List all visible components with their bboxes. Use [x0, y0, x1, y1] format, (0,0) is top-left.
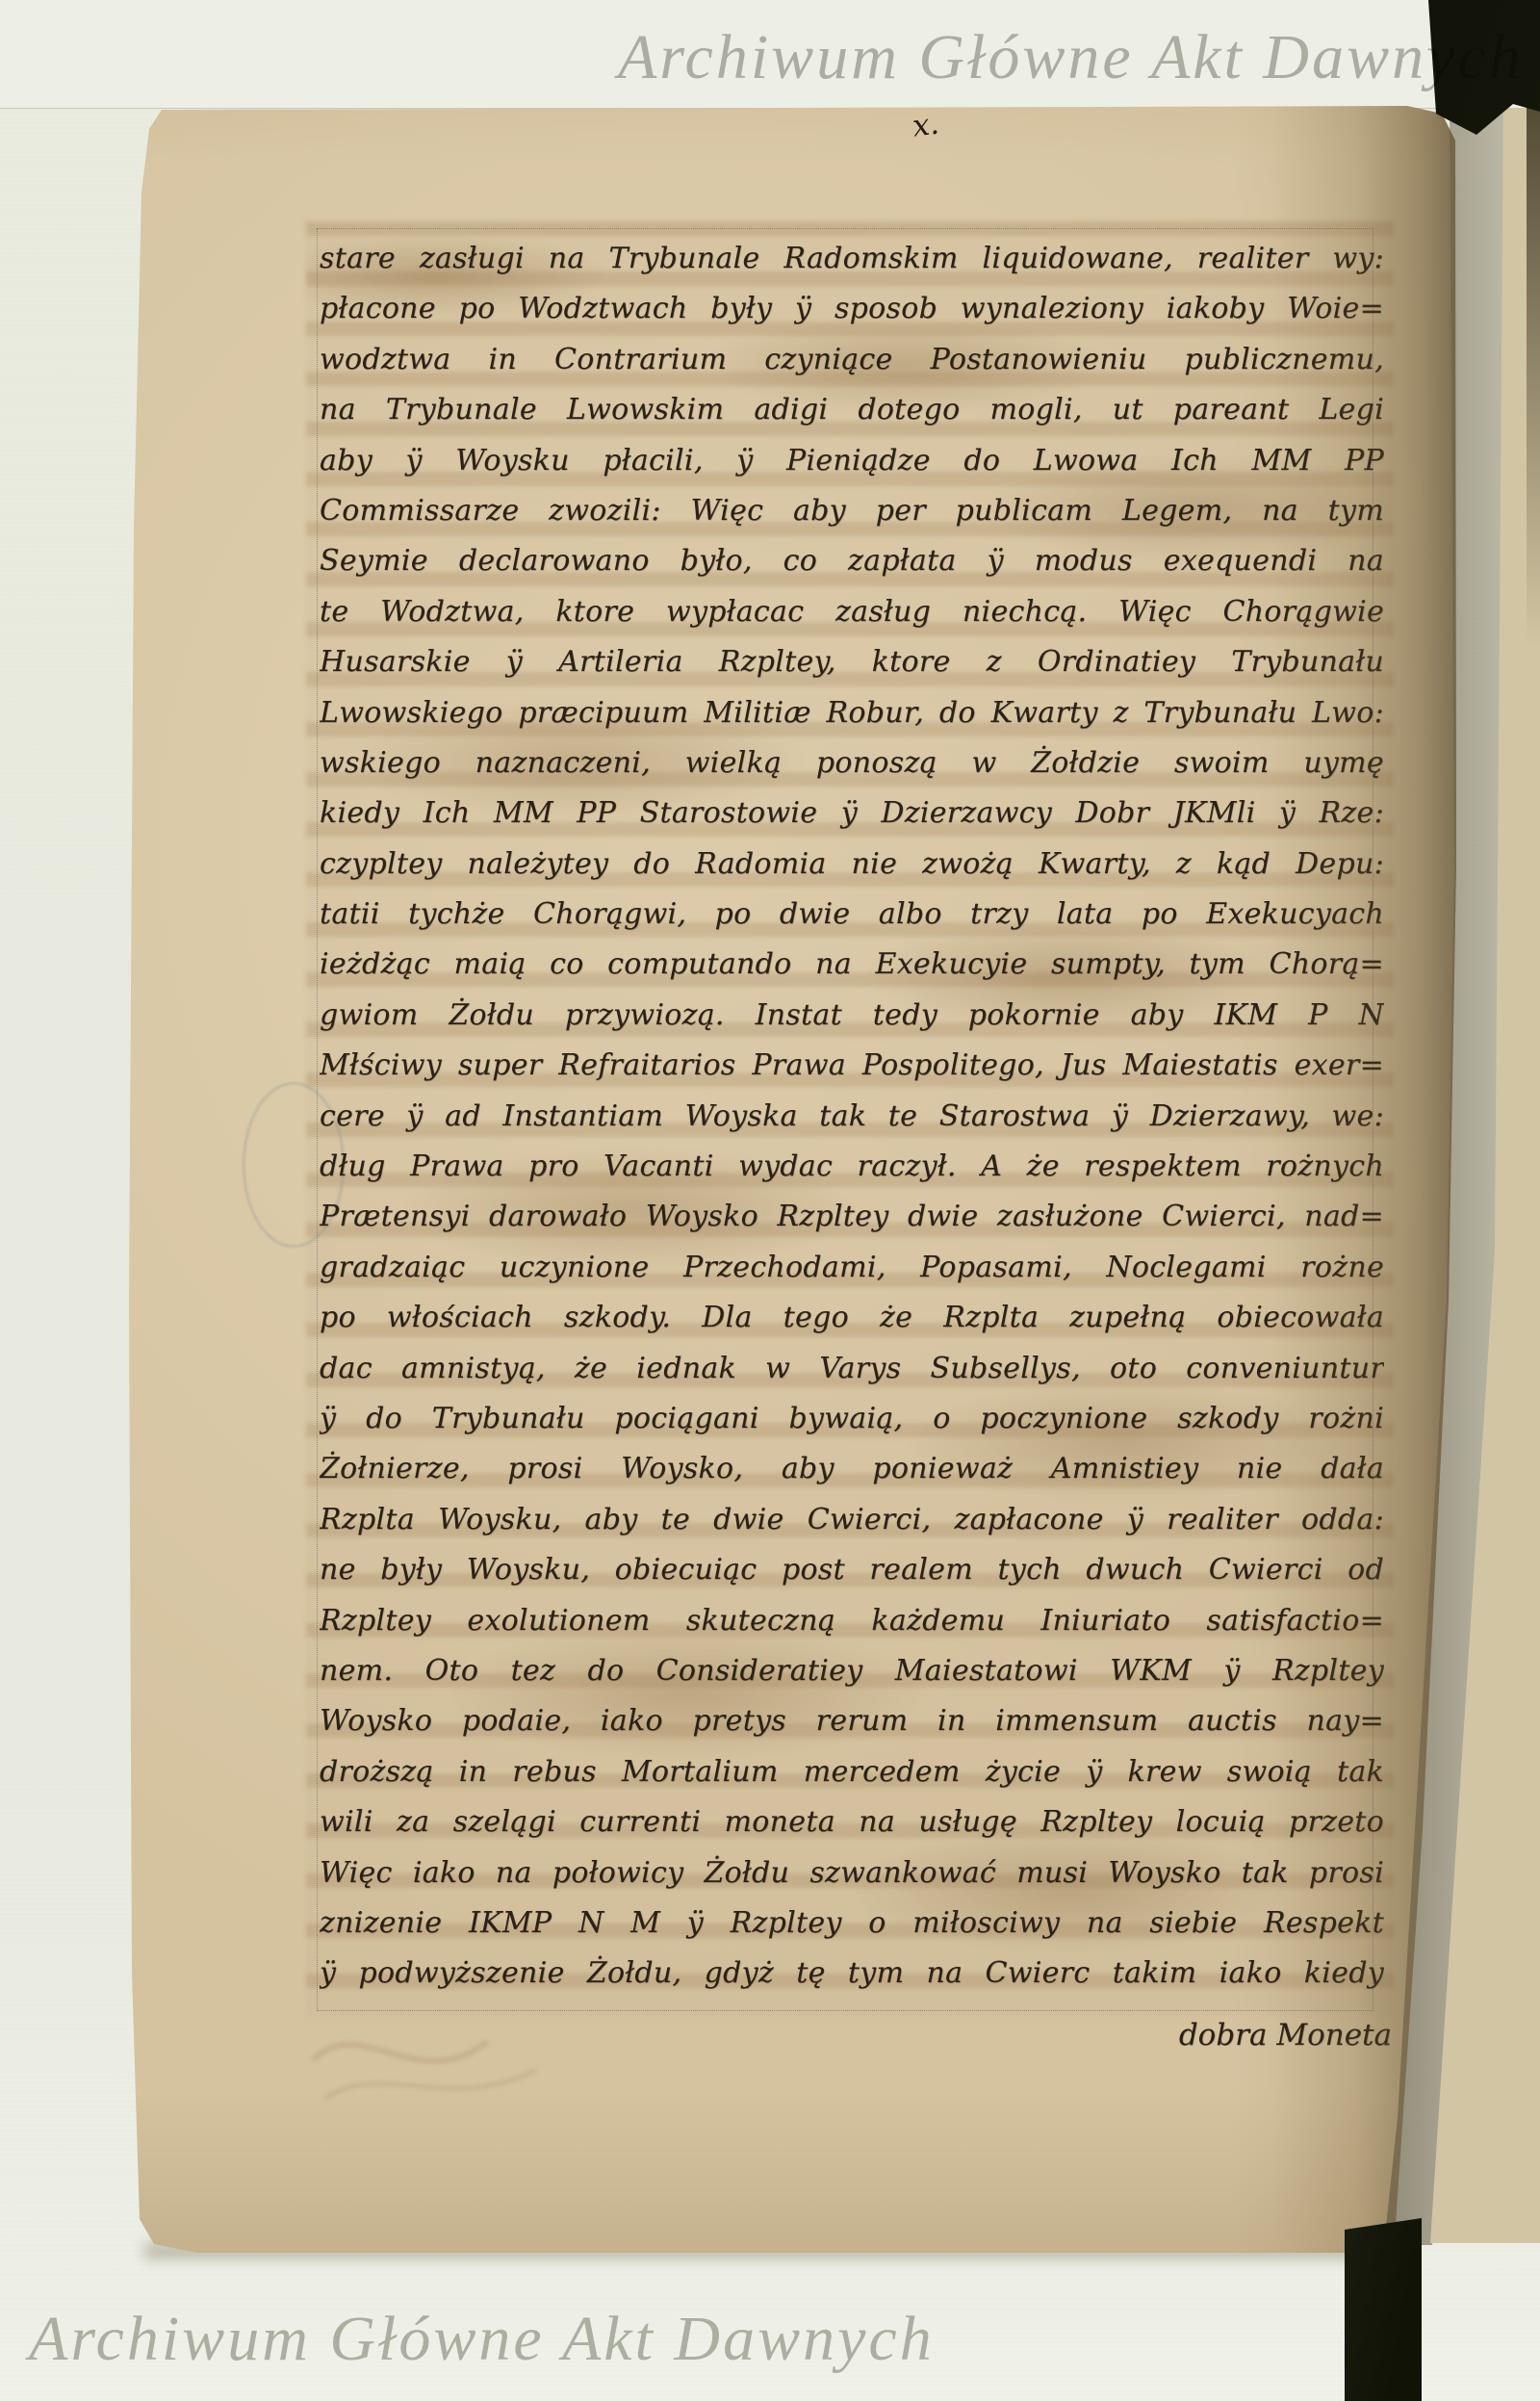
archive-scan-viewport: x. stare zasługi na Trybunale Radomskim … [0, 0, 1540, 2401]
manuscript-line: Lwowskiego præcipuum Militiæ Robur, do K… [320, 688, 1384, 738]
right-edge-shadow [1527, 108, 1540, 647]
manuscript-line: Młściwy super Refraitarios Prawa Pospoli… [320, 1041, 1384, 1091]
manuscript-line: Prætensyi darowało Woysko Rzpltey dwie z… [320, 1192, 1384, 1242]
manuscript-line: gwiom Żołdu przywiozą. Instat tedy pokor… [320, 991, 1384, 1041]
manuscript-line: znizenie IKMP N M ÿ Rzpltey o miłosciwy … [320, 1898, 1384, 1949]
show-through-scribble [303, 2001, 553, 2126]
manuscript-page: x. stare zasługi na Trybunale Radomskim … [0, 0, 1540, 2401]
manuscript-line: stare zasługi na Trybunale Radomskim liq… [320, 234, 1384, 284]
manuscript-text-block: stare zasługi na Trybunale Radomskim liq… [320, 234, 1384, 2000]
manuscript-line: wodztwa in Contrarium czyniące Postanowi… [320, 335, 1384, 385]
manuscript-line: kiedy Ich MM PP Starostowie ÿ Dzierzawcy… [320, 788, 1384, 839]
manuscript-line: na Trybunale Lwowskim adigi dotego mogli… [320, 385, 1384, 435]
manuscript-line: gradzaiąc uczynione Przechodami, Popasam… [320, 1243, 1384, 1293]
manuscript-line: ieżdżąc maią co computando na Exekucyie … [320, 940, 1384, 990]
manuscript-line: po włościach szkody. Dla tego że Rzplta … [320, 1293, 1384, 1343]
manuscript-line: cere ÿ ad Instantiam Woyska tak te Staro… [320, 1092, 1384, 1142]
manuscript-line: wskiego naznaczeni, wielką ponoszą w Żoł… [320, 738, 1384, 788]
archive-watermark-bottom: Archiwum Główne Akt Dawnych [29, 2303, 935, 2376]
manuscript-line: płacone po Wodztwach były ÿ sposob wynal… [320, 284, 1384, 334]
archive-watermark-top: Archiwum Główne Akt Dawnych [618, 21, 1524, 94]
manuscript-line: Rzplta Woysku, aby te dwie Cwierci, zapł… [320, 1495, 1384, 1545]
manuscript-line: Woysko podaie, iako pretys rerum in imme… [320, 1696, 1384, 1746]
manuscript-line: nem. Oto tez do Consideratiey Maiestatow… [320, 1646, 1384, 1696]
manuscript-line: Żołnierze, prosi Woysko, aby ponieważ Am… [320, 1444, 1384, 1494]
manuscript-line: droższą in rebus Mortalium mercedem życi… [320, 1747, 1384, 1797]
manuscript-line: ÿ do Trybunału pociągani bywaią, o poczy… [320, 1394, 1384, 1444]
manuscript-line: dac amnistyą, że iednak w Varys Subselly… [320, 1344, 1384, 1394]
manuscript-line: tatii tychże Chorągwi, po dwie albo trzy… [320, 890, 1384, 940]
manuscript-line: Husarskie ÿ Artileria Rzpltey, ktore z O… [320, 637, 1384, 687]
manuscript-line: Commissarze zwozili: Więc aby per public… [320, 486, 1384, 536]
manuscript-line: Rzpltey exolutionem skuteczną każdemu In… [320, 1596, 1384, 1646]
ribbon-bookmark-bottom [1345, 2218, 1422, 2401]
manuscript-line: dług Prawa pro Vacanti wydac raczył. A ż… [320, 1142, 1384, 1192]
manuscript-line: ne były Woysku, obiecuiąc post realem ty… [320, 1545, 1384, 1595]
folio-mark: x. [911, 102, 972, 143]
manuscript-line: te Wodztwa, ktore wypłacac zasług niechc… [320, 587, 1384, 637]
manuscript-line: czypltey należytey do Radomia nie zwożą … [320, 839, 1384, 890]
manuscript-line: Seymie declarowano było, co zapłata ÿ mo… [320, 536, 1384, 586]
manuscript-line: ÿ podwyższenie Żołdu, gdyż tę tym na Cwi… [320, 1949, 1384, 1999]
manuscript-line: aby ÿ Woysku płacili, ÿ Pieniądze do Lwo… [320, 436, 1384, 486]
manuscript-line: Więc iako na połowicy Żołdu szwankować m… [320, 1848, 1384, 1898]
manuscript-line: wili za szelągi currenti moneta na usług… [320, 1797, 1384, 1847]
